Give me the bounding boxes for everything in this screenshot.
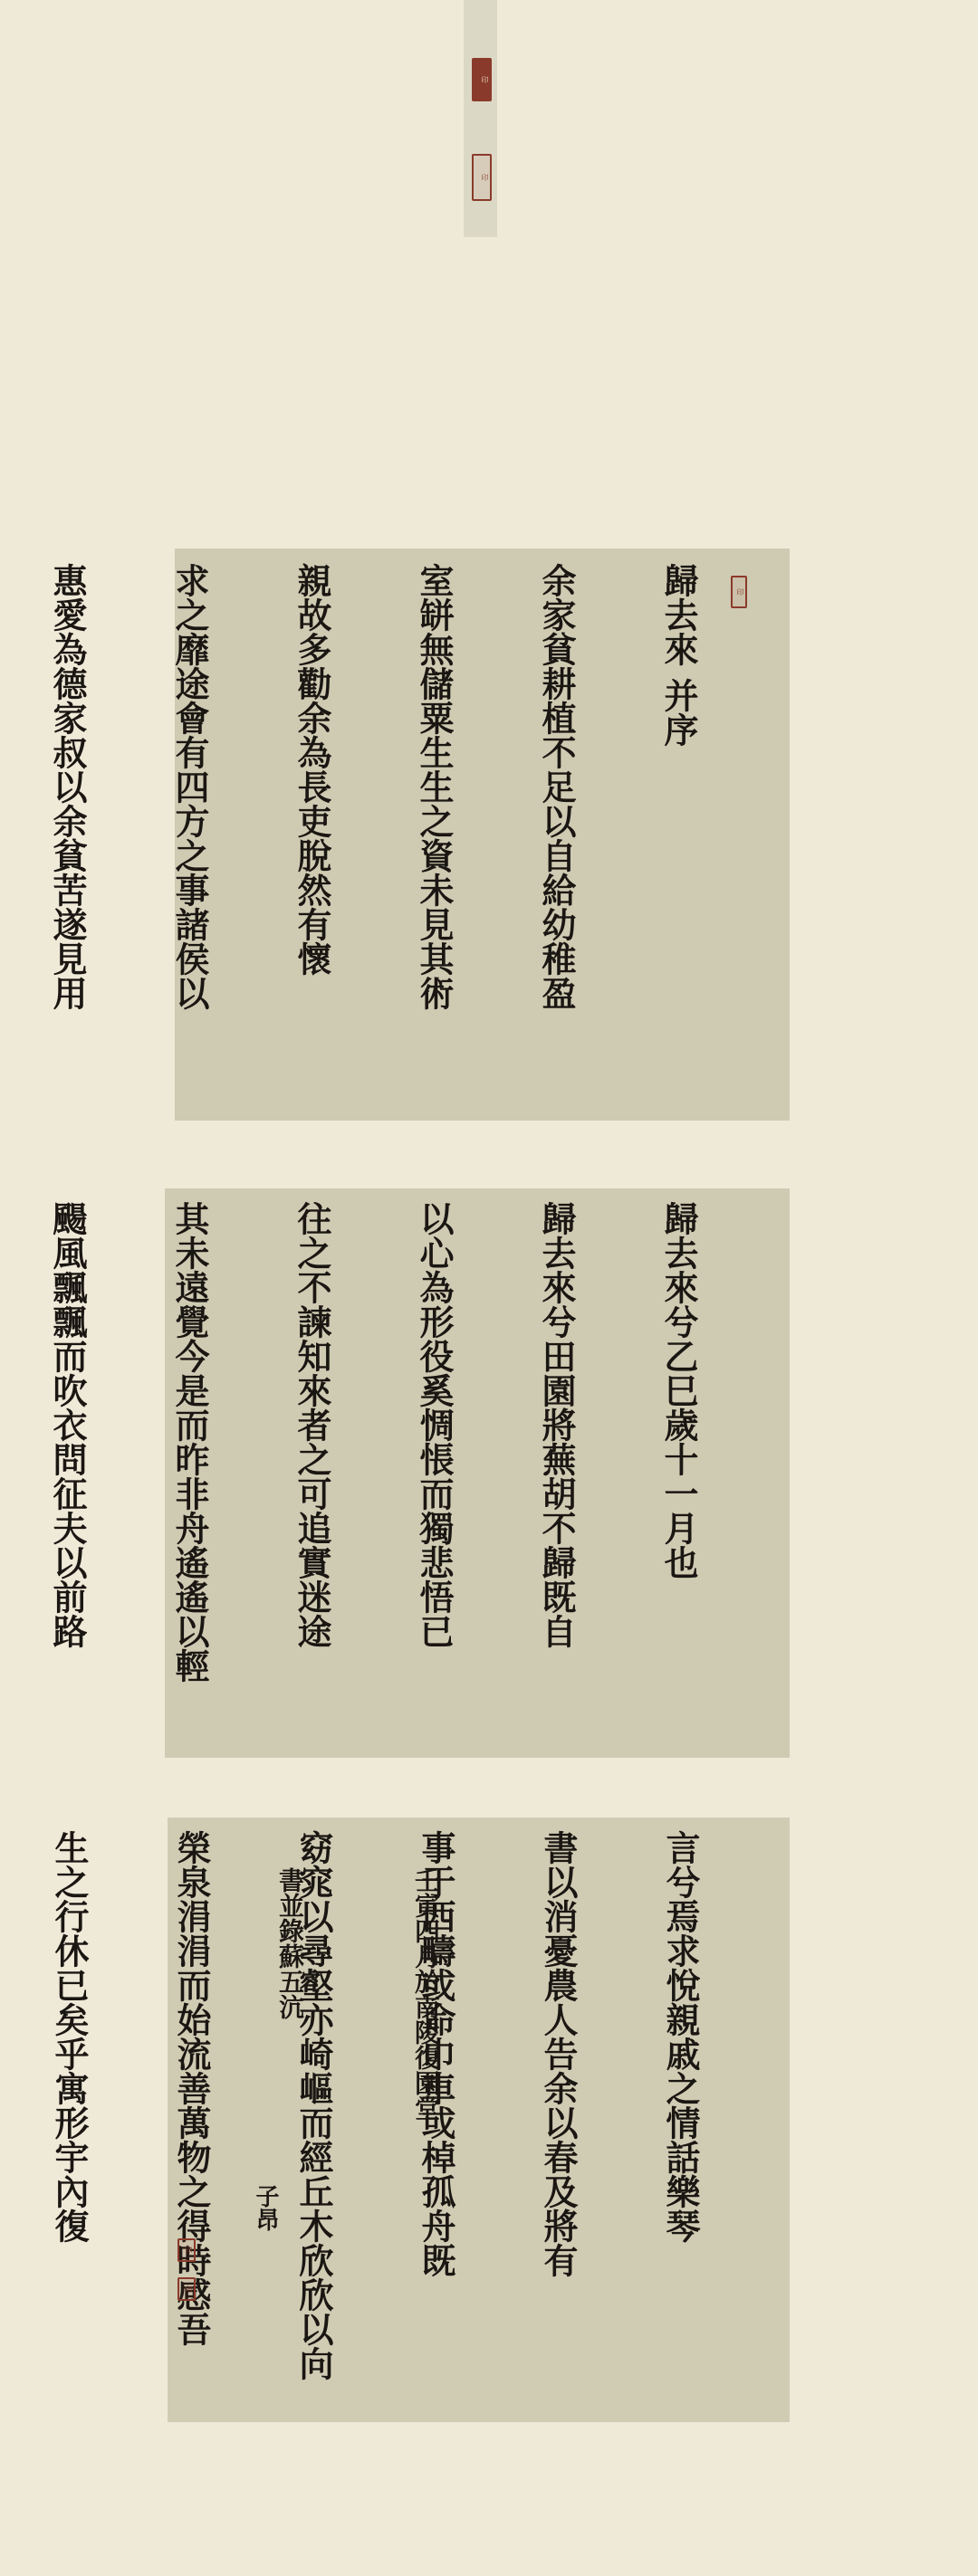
lower-seal-icon: 印 [472, 154, 492, 201]
colophon-column: 壬寅四月於南陵復園堂 [403, 1867, 448, 2121]
panel-main-text-1: 歸去來兮乙巳歲十一月也 歸去來兮田園將蕪胡不歸既自 以心為形役奚惆悵而獨悲悟已 … [165, 1188, 790, 1758]
text-column: 親故多勸余為長吏脫然有懷 [292, 563, 332, 1045]
panel-preface: 印 歸去來 并序 余家貧耕植不足以自給幼稚盈 室缾無儲粟生生之資未見其術 親故多… [175, 549, 790, 1121]
panel-main-text-2: 言兮焉求悅親戚之情話樂琴 書以消憂農人告余以春及將有 事于西疇或命巾車或棹孤舟既… [168, 1818, 790, 2422]
preface-text: 歸去來 并序 余家貧耕植不足以自給幼稚盈 室缾無儲粟生生之資未見其術 親故多勸余… [0, 563, 781, 1045]
text-column: 書以消憂農人告余以春及將有 [538, 1830, 579, 2380]
upper-seal-icon: 印 [472, 58, 492, 101]
text-column: 室缾無儲粟生生之資未見其術 [414, 563, 455, 1045]
colophon-seal-1-icon: 印 [177, 2238, 196, 2262]
scroll-top-strip: 印 印 [464, 0, 497, 237]
colophon-column: 書並錄蘇五沆 [267, 1867, 312, 2121]
text-column: 余家貧耕植不足以自給幼稚盈 [536, 563, 577, 1045]
text-column: 惠愛為德家叔以余貧苦遂見用 [47, 563, 88, 1045]
text-column: 求之靡途會有四方之事諸侯以 [169, 563, 210, 1045]
signature: 子昂 [249, 2184, 283, 2231]
text-column: 生之行休已矣乎寓形宇內復 [49, 1830, 90, 2380]
text-column: 言兮焉求悅親戚之情話樂琴 [660, 1830, 701, 2380]
text-column: 歸去來 并序 [658, 563, 699, 1045]
colophon-seal-2-icon: 印 [177, 2277, 196, 2301]
colophon: 壬寅四月於南陵復園堂 書並錄蘇五沆 [177, 1867, 539, 2121]
